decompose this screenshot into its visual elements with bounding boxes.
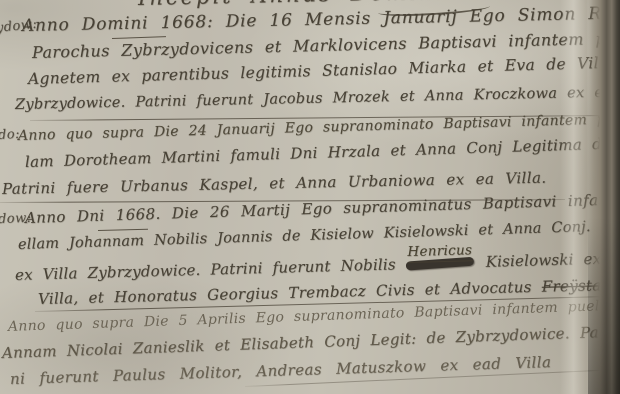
struck-out-word-blot-wrap: Henricus [406,255,476,269]
manuscript-page: Incepit Annus Domini 1668. ydow: do: dow… [0,0,620,394]
page-edge-corner-shade [588,0,620,394]
page-edge-highlight [560,0,590,394]
henricus-correction: Henricus [407,240,472,263]
entry3-line3-text-before: ex Villa Zybrzydowice. Patrini fuerunt N… [15,255,396,284]
entry1-year-underline [112,36,166,39]
